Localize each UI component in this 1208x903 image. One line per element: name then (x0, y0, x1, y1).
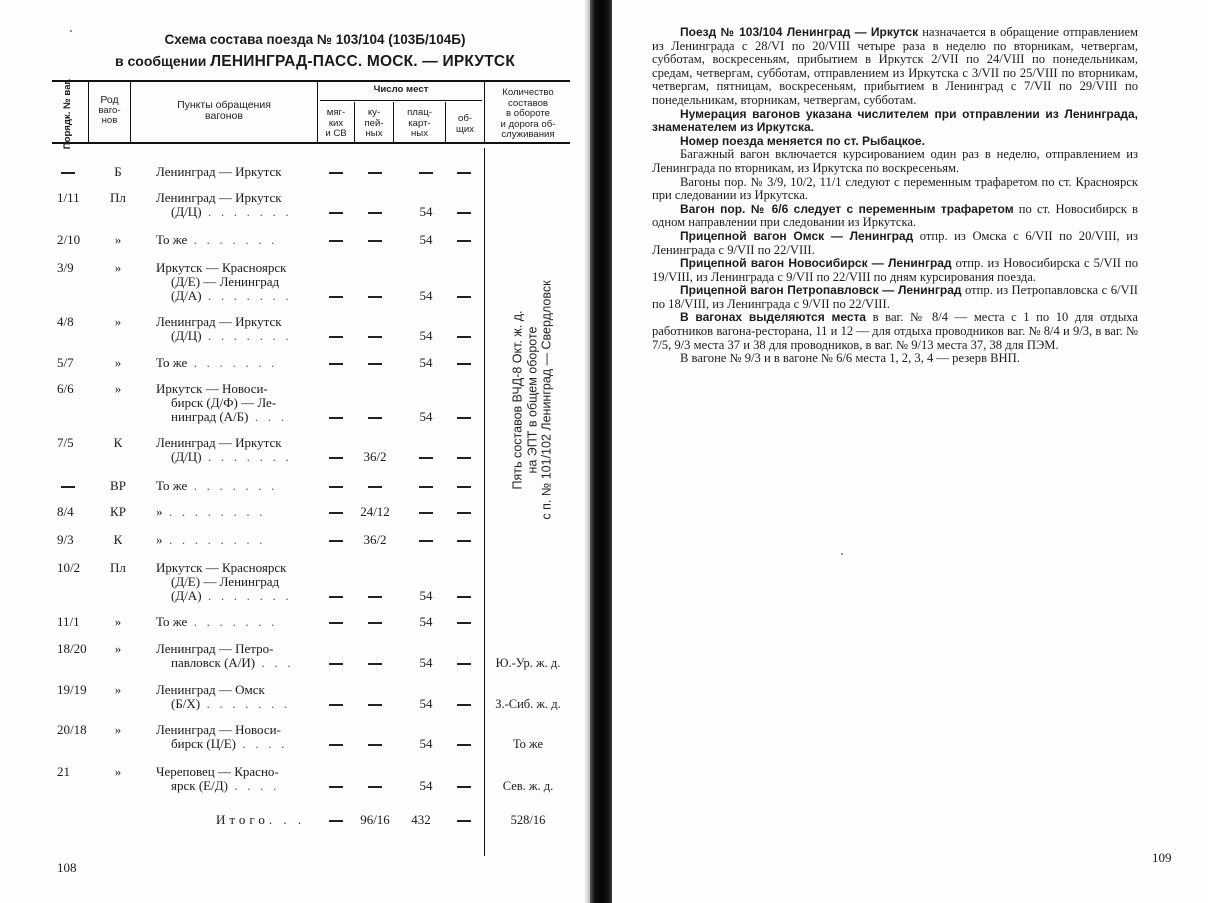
car-type: » (100, 642, 136, 656)
seats-platz (408, 505, 444, 519)
car-type: Б (100, 165, 136, 179)
seats-coupe (357, 289, 393, 303)
car-number: 3/9 (57, 261, 97, 275)
seats-platz: 54 (408, 356, 444, 370)
note-paragraph: Поезд № 103/104 Ленинград — Иркутск назн… (652, 26, 1138, 108)
seats-common (446, 205, 482, 219)
car-route: То же . . . . . . . (156, 479, 326, 493)
seats-common (446, 356, 482, 370)
car-type: » (100, 315, 136, 329)
car-number: 4/8 (57, 315, 97, 329)
car-route: То же . . . . . . . (156, 356, 326, 370)
rotation-note: Пять составов ВЧД-8 Окт. ж. д. на ЭПТ в … (492, 250, 572, 550)
service-railway: Ю.-Ур. ж. д. (486, 656, 570, 670)
seats-soft (318, 505, 354, 519)
header-seats-soft: мяг- ких и СВ (318, 108, 354, 140)
schedule-subtitle: в сообщении ЛЕНИНГРАД-ПАСС. МОСК. — ИРКУ… (60, 53, 570, 71)
note-paragraph: Прицепной вагон Петропавловск — Ленингра… (652, 284, 1138, 311)
note-paragraph: Вагон пор. № 6/6 следует с переменным тр… (652, 203, 1138, 230)
car-number (57, 165, 97, 179)
car-number: 18/20 (57, 642, 97, 656)
car-number: 2/10 (57, 233, 97, 247)
seats-common (446, 289, 482, 303)
service-railway: То же (486, 737, 570, 751)
note-paragraph: Номер поезда меняется по ст. Рыбацкое. (652, 135, 1138, 149)
car-number: 20/18 (57, 723, 97, 737)
seats-coupe (357, 205, 393, 219)
car-type: » (100, 765, 136, 779)
note-paragraph: Прицепной вагон Новосибирск — Ленинград … (652, 257, 1138, 284)
service-railway: З.-Сиб. ж. д. (486, 697, 570, 711)
seats-common (446, 589, 482, 603)
seats-coupe (357, 737, 393, 751)
seats-common (446, 656, 482, 670)
total-count: 528/16 (486, 813, 570, 827)
seats-soft (318, 165, 354, 179)
note-paragraph: В вагоне № 9/3 и в вагоне № 6/6 места 1,… (652, 352, 1138, 366)
car-number: 5/7 (57, 356, 97, 370)
car-number: 1/11 (57, 191, 97, 205)
seats-common (446, 505, 482, 519)
seats-common (446, 737, 482, 751)
car-number: 19/19 (57, 683, 97, 697)
car-number: 8/4 (57, 505, 97, 519)
car-route: То же . . . . . . . (156, 615, 326, 629)
schedule-title: Схема состава поезда № 103/104 (103Б/104… (60, 32, 570, 47)
car-number: 6/6 (57, 382, 97, 396)
car-route: Ленинград — Иркутск(Д/Ц) . . . . . . . (156, 191, 326, 219)
book-spine (590, 0, 612, 903)
header-car-type: Род ваго- нов (89, 95, 130, 127)
total-label: Итого. . . (216, 813, 305, 827)
seats-platz: 54 (408, 233, 444, 247)
seats-soft (318, 233, 354, 247)
car-type: Пл (100, 191, 136, 205)
seats-common (446, 410, 482, 424)
car-route: » . . . . . . . . (156, 533, 326, 547)
seats-platz (408, 165, 444, 179)
seats-coupe (357, 329, 393, 343)
seats-coupe (357, 479, 393, 493)
car-number: 10/2 (57, 561, 97, 575)
car-number (57, 479, 97, 493)
car-type: » (100, 261, 136, 275)
seats-soft (318, 737, 354, 751)
car-number: 11/1 (57, 615, 97, 629)
seats-coupe: 36/2 (357, 533, 393, 547)
total-coupe: 96/16 (357, 813, 393, 827)
seats-soft (318, 356, 354, 370)
seats-common (446, 533, 482, 547)
train-notes: Поезд № 103/104 Ленинград — Иркутск назн… (652, 26, 1138, 366)
service-railway: Сев. ж. д. (486, 779, 570, 793)
car-route: » . . . . . . . . (156, 505, 326, 519)
car-route: Иркутск — Красноярск(Д/Е) — Ленинград(Д/… (156, 561, 326, 603)
header-seats-group: Число мест (318, 85, 484, 96)
seats-common (446, 450, 482, 464)
total-platz: 432 (403, 813, 439, 827)
car-number: 7/5 (57, 436, 97, 450)
seats-platz: 54 (408, 205, 444, 219)
seats-platz: 54 (408, 615, 444, 629)
car-route: Ленинград — Иркутск(Д/Ц) . . . . . . . (156, 436, 326, 464)
seats-soft (318, 289, 354, 303)
car-type: » (100, 615, 136, 629)
seats-common (446, 615, 482, 629)
header-bottom-rule (52, 142, 570, 144)
seats-soft (318, 410, 354, 424)
car-type: » (100, 723, 136, 737)
header-seats-coupe: ку- пей- ных (355, 108, 393, 140)
seats-coupe (357, 615, 393, 629)
subtitle-route: ЛЕНИНГРАД-ПАСС. МОСК. — ИРКУТСК (210, 53, 515, 70)
note-paragraph: Нумерация вагонов указана числителем при… (652, 108, 1138, 135)
header-route: Пункты обращения вагонов (131, 100, 317, 122)
car-route: То же . . . . . . . (156, 233, 326, 247)
seats-platz: 54 (408, 289, 444, 303)
page-number-left: 108 (57, 860, 77, 876)
note-paragraph: Багажный вагон включается курсированием … (652, 148, 1138, 175)
car-type: » (100, 233, 136, 247)
total-common (446, 813, 482, 827)
car-number: 9/3 (57, 533, 97, 547)
seats-coupe: 24/12 (357, 505, 393, 519)
car-type: ВР (100, 479, 136, 493)
seats-group-rule (320, 100, 482, 101)
seats-common (446, 329, 482, 343)
note-paragraph: Прицепной вагон Омск — Ленинград отпр. и… (652, 230, 1138, 257)
seats-common (446, 165, 482, 179)
seats-coupe: 36/2 (357, 450, 393, 464)
seats-platz: 54 (408, 737, 444, 751)
header-seats-common: об- щих (446, 114, 484, 135)
seats-common (446, 779, 482, 793)
seats-soft (318, 329, 354, 343)
car-type: » (100, 382, 136, 396)
seats-coupe (357, 656, 393, 670)
scan-speck (70, 30, 72, 32)
seats-common (446, 233, 482, 247)
car-type: Пл (100, 561, 136, 575)
seats-coupe (357, 165, 393, 179)
seats-coupe (357, 589, 393, 603)
car-type: КР (100, 505, 136, 519)
seats-coupe (357, 356, 393, 370)
seats-platz: 54 (408, 410, 444, 424)
scan-speck (841, 553, 843, 555)
seats-coupe (357, 410, 393, 424)
car-route: Иркутск — Красноярск(Д/Е) — Ленинград(Д/… (156, 261, 326, 303)
car-type: К (100, 533, 136, 547)
seats-platz (408, 479, 444, 493)
car-route: Ленинград — Омск(Б/Х) . . . . . . . (156, 683, 326, 711)
page-number-right: 109 (1152, 850, 1172, 866)
seats-platz (408, 450, 444, 464)
seats-soft (318, 615, 354, 629)
seats-platz: 54 (408, 779, 444, 793)
seats-coupe (357, 779, 393, 793)
seats-soft (318, 697, 354, 711)
note-paragraph: Вагоны пор. № 3/9, 10/2, 11/1 следуют с … (652, 176, 1138, 203)
header-count: Количество составов в обороте и дорога о… (485, 88, 571, 141)
seats-common (446, 479, 482, 493)
car-type: К (100, 436, 136, 450)
seats-platz: 54 (408, 656, 444, 670)
header-order-no: Порядк. № ваг. (50, 88, 86, 140)
seats-common (446, 697, 482, 711)
car-number: 21 (57, 765, 97, 779)
car-route: Ленинград — Новоси-бирск (Ц/Е) . . . . (156, 723, 326, 751)
subtitle-prefix: в сообщении (115, 53, 206, 69)
seats-coupe (357, 233, 393, 247)
seats-soft (318, 656, 354, 670)
seats-soft (318, 779, 354, 793)
seats-platz (408, 533, 444, 547)
seats-soft (318, 589, 354, 603)
car-type: » (100, 356, 136, 370)
seats-soft (318, 450, 354, 464)
car-route: Иркутск — Новоси-бирск (Д/Ф) — Ле-нингра… (156, 382, 326, 424)
car-route: Ленинград — Иркутск (156, 165, 326, 179)
seats-soft (318, 205, 354, 219)
car-route: Череповец — Красно-ярск (Е/Д) . . . . (156, 765, 326, 793)
seats-soft (318, 479, 354, 493)
seats-soft (318, 533, 354, 547)
total-soft (318, 813, 354, 827)
seats-platz: 54 (408, 697, 444, 711)
seats-coupe (357, 697, 393, 711)
car-route: Ленинград — Петро-павловск (А/И) . . . (156, 642, 326, 670)
seats-platz: 54 (408, 589, 444, 603)
note-paragraph: В вагонах выделяются места в ваг. № 8/4 … (652, 311, 1138, 352)
car-type: » (100, 683, 136, 697)
car-route: Ленинград — Иркутск(Д/Ц) . . . . . . . (156, 315, 326, 343)
seats-platz: 54 (408, 329, 444, 343)
header-seats-platz: плац- карт- ных (394, 108, 445, 140)
